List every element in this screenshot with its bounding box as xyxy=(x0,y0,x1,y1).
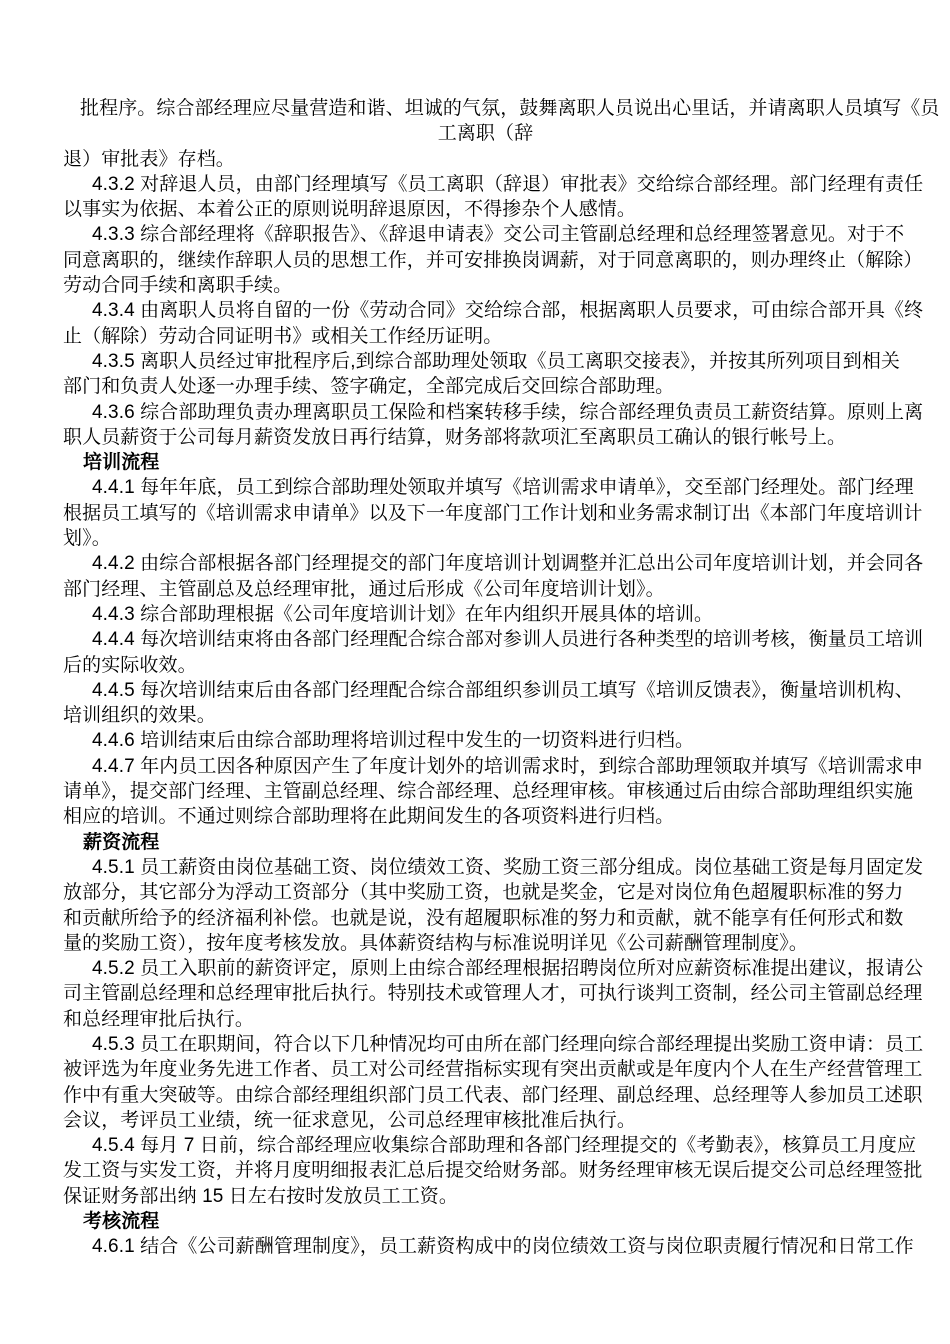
text-line: 培训组织的效果。 xyxy=(63,703,908,728)
text-line: 放部分，其它部分为浮动工资部分（其中奖励工资，也就是奖金，它是对岗位角色超履职标… xyxy=(63,880,908,905)
section-heading-training: 培训流程 xyxy=(63,450,908,475)
text-line: 批程序。综合部经理应尽量营造和谐、坦诚的气氛，鼓舞离职人员说出心里话，并请离职人… xyxy=(63,96,908,121)
text-line: 后的实际收效。 xyxy=(63,653,908,678)
clause-line-4-5-3: 4.5.3 员工在职期间，符合以下几种情况均可由所在部门经理向综合部经理提出奖励… xyxy=(63,1032,908,1057)
clause-line-4-4-7: 4.4.7 年内员工因各种原因产生了年度计划外的培训需求时，到综合部助理领取并填… xyxy=(63,754,908,779)
clause-line-4-3-6: 4.3.6 综合部助理负责办理离职员工保险和档案转移手续，综合部经理负责员工薪资… xyxy=(63,400,908,425)
text-line: 划》。 xyxy=(63,526,908,551)
text-line: 请单》，提交部门经理、主管副总经理、综合部经理、总经理审核。审核通过后由综合部助… xyxy=(63,779,908,804)
text-line: 职人员薪资于公司每月薪资发放日再行结算，财务部将款项汇至离职员工确认的银行帐号上… xyxy=(63,425,908,450)
clause-line-4-4-6: 4.4.6 培训结束后由综合部助理将培训过程中发生的一切资料进行归档。 xyxy=(63,728,908,753)
text-line: 保证财务部出纳 15 日左右按时发放员工工资。 xyxy=(63,1184,908,1209)
clause-line-4-4-5: 4.4.5 每次培训结束后由各部门经理配合综合部组织参训员工填写《培训反馈表》，… xyxy=(63,678,908,703)
text-line: 司主管副总经理和总经理审批后执行。特别技术或管理人才，可执行谈判工资制，经公司主… xyxy=(63,981,908,1006)
text-line: 被评选为年度业务先进工作者、员工对公司经营指标实现有突出贡献或是年度内个人在生产… xyxy=(63,1057,908,1082)
text-line: 会议，考评员工业绩，统一征求意见，公司总经理审核批准后执行。 xyxy=(63,1108,908,1133)
clause-line-4-4-2: 4.4.2 由综合部根据各部门经理提交的部门年度培训计划调整并汇总出公司年度培训… xyxy=(63,551,908,576)
text-line: 以事实为依据、本着公正的原则说明辞退原因，不得掺杂个人感情。 xyxy=(63,197,908,222)
text-line: 部门和负责人处逐一办理手续、签字确定，全部完成后交回综合部助理。 xyxy=(63,374,908,399)
text-line: 同意离职的，继续作辞职人员的思想工作，并可安排换岗调薪，对于同意离职的，则办理终… xyxy=(63,248,908,273)
centered-text-line: 工离职（辞 xyxy=(63,121,908,146)
clause-line-4-3-4: 4.3.4 由离职人员将自留的一份《劳动合同》交给综合部，根据离职人员要求，可由… xyxy=(63,298,908,323)
text-line: 发工资与实发工资，并将月度明细报表汇总后提交给财务部。财务经理审核无误后提交公司… xyxy=(63,1158,908,1183)
clause-line-4-4-3: 4.4.3 综合部助理根据《公司年度培训计划》在年内组织开展具体的培训。 xyxy=(63,602,908,627)
text-line: 止（解除）劳动合同证明书》或相关工作经历证明。 xyxy=(63,324,908,349)
clause-line-4-4-4: 4.4.4 每次培训结束将由各部门经理配合综合部对参训人员进行各种类型的培训考核… xyxy=(63,627,908,652)
section-heading-salary: 薪资流程 xyxy=(63,830,908,855)
text-line: 部门经理、主管副总及总经理审批，通过后形成《公司年度培训计划》。 xyxy=(63,577,908,602)
text-line: 退）审批表》存档。 xyxy=(63,147,908,172)
text-line: 根据员工填写的《培训需求申请单》以及下一年度部门工作计划和业务需求制订出《本部门… xyxy=(63,501,908,526)
text-line: 相应的培训。不通过则综合部助理将在此期间发生的各项资料进行归档。 xyxy=(63,804,908,829)
document-body: 批程序。综合部经理应尽量营造和谐、坦诚的气氛，鼓舞离职人员说出心里话，并请离职人… xyxy=(63,96,908,1260)
clause-line-4-6-1: 4.6.1 结合《公司薪酬管理制度》，员工薪资构成中的岗位绩效工资与岗位职责履行… xyxy=(63,1234,908,1259)
clause-line-4-3-5: 4.3.5 离职人员经过审批程序后,到综合部助理处领取《员工离职交接表》，并按其… xyxy=(63,349,908,374)
clause-line-4-4-1: 4.4.1 每年年底，员工到综合部助理处领取并填写《培训需求申请单》，交至部门经… xyxy=(63,475,908,500)
text-line: 作中有重大突破等。由综合部经理组织部门员工代表、部门经理、副总经理、总经理等人参… xyxy=(63,1083,908,1108)
text-line: 量的奖励工资），按年度考核发放。具体薪资结构与标准说明详见《公司薪酬管理制度》。 xyxy=(63,931,908,956)
text-line: 和贡献所给予的经济福利补偿。也就是说，没有超履职标准的努力和贡献，就不能享有任何… xyxy=(63,906,908,931)
document-page: 批程序。综合部经理应尽量营造和谐、坦诚的气氛，鼓舞离职人员说出心里话，并请离职人… xyxy=(0,0,950,1344)
clause-line-4-5-4: 4.5.4 每月 7 日前，综合部经理应收集综合部助理和各部门经理提交的《考勤表… xyxy=(63,1133,908,1158)
clause-line-4-3-3: 4.3.3 综合部经理将《辞职报告》、《辞退申请表》交公司主管副总经理和总经理签… xyxy=(63,222,908,247)
clause-line-4-5-1: 4.5.1 员工薪资由岗位基础工资、岗位绩效工资、奖励工资三部分组成。岗位基础工… xyxy=(63,855,908,880)
clause-line-4-3-2: 4.3.2 对辞退人员，由部门经理填写《员工离职（辞退）审批表》交给综合部经理。… xyxy=(63,172,908,197)
section-heading-assessment: 考核流程 xyxy=(63,1209,908,1234)
clause-line-4-5-2: 4.5.2 员工入职前的薪资评定，原则上由综合部经理根据招聘岗位所对应薪资标准提… xyxy=(63,956,908,981)
text-line: 和总经理审批后执行。 xyxy=(63,1007,908,1032)
text-line: 劳动合同手续和离职手续。 xyxy=(63,273,908,298)
